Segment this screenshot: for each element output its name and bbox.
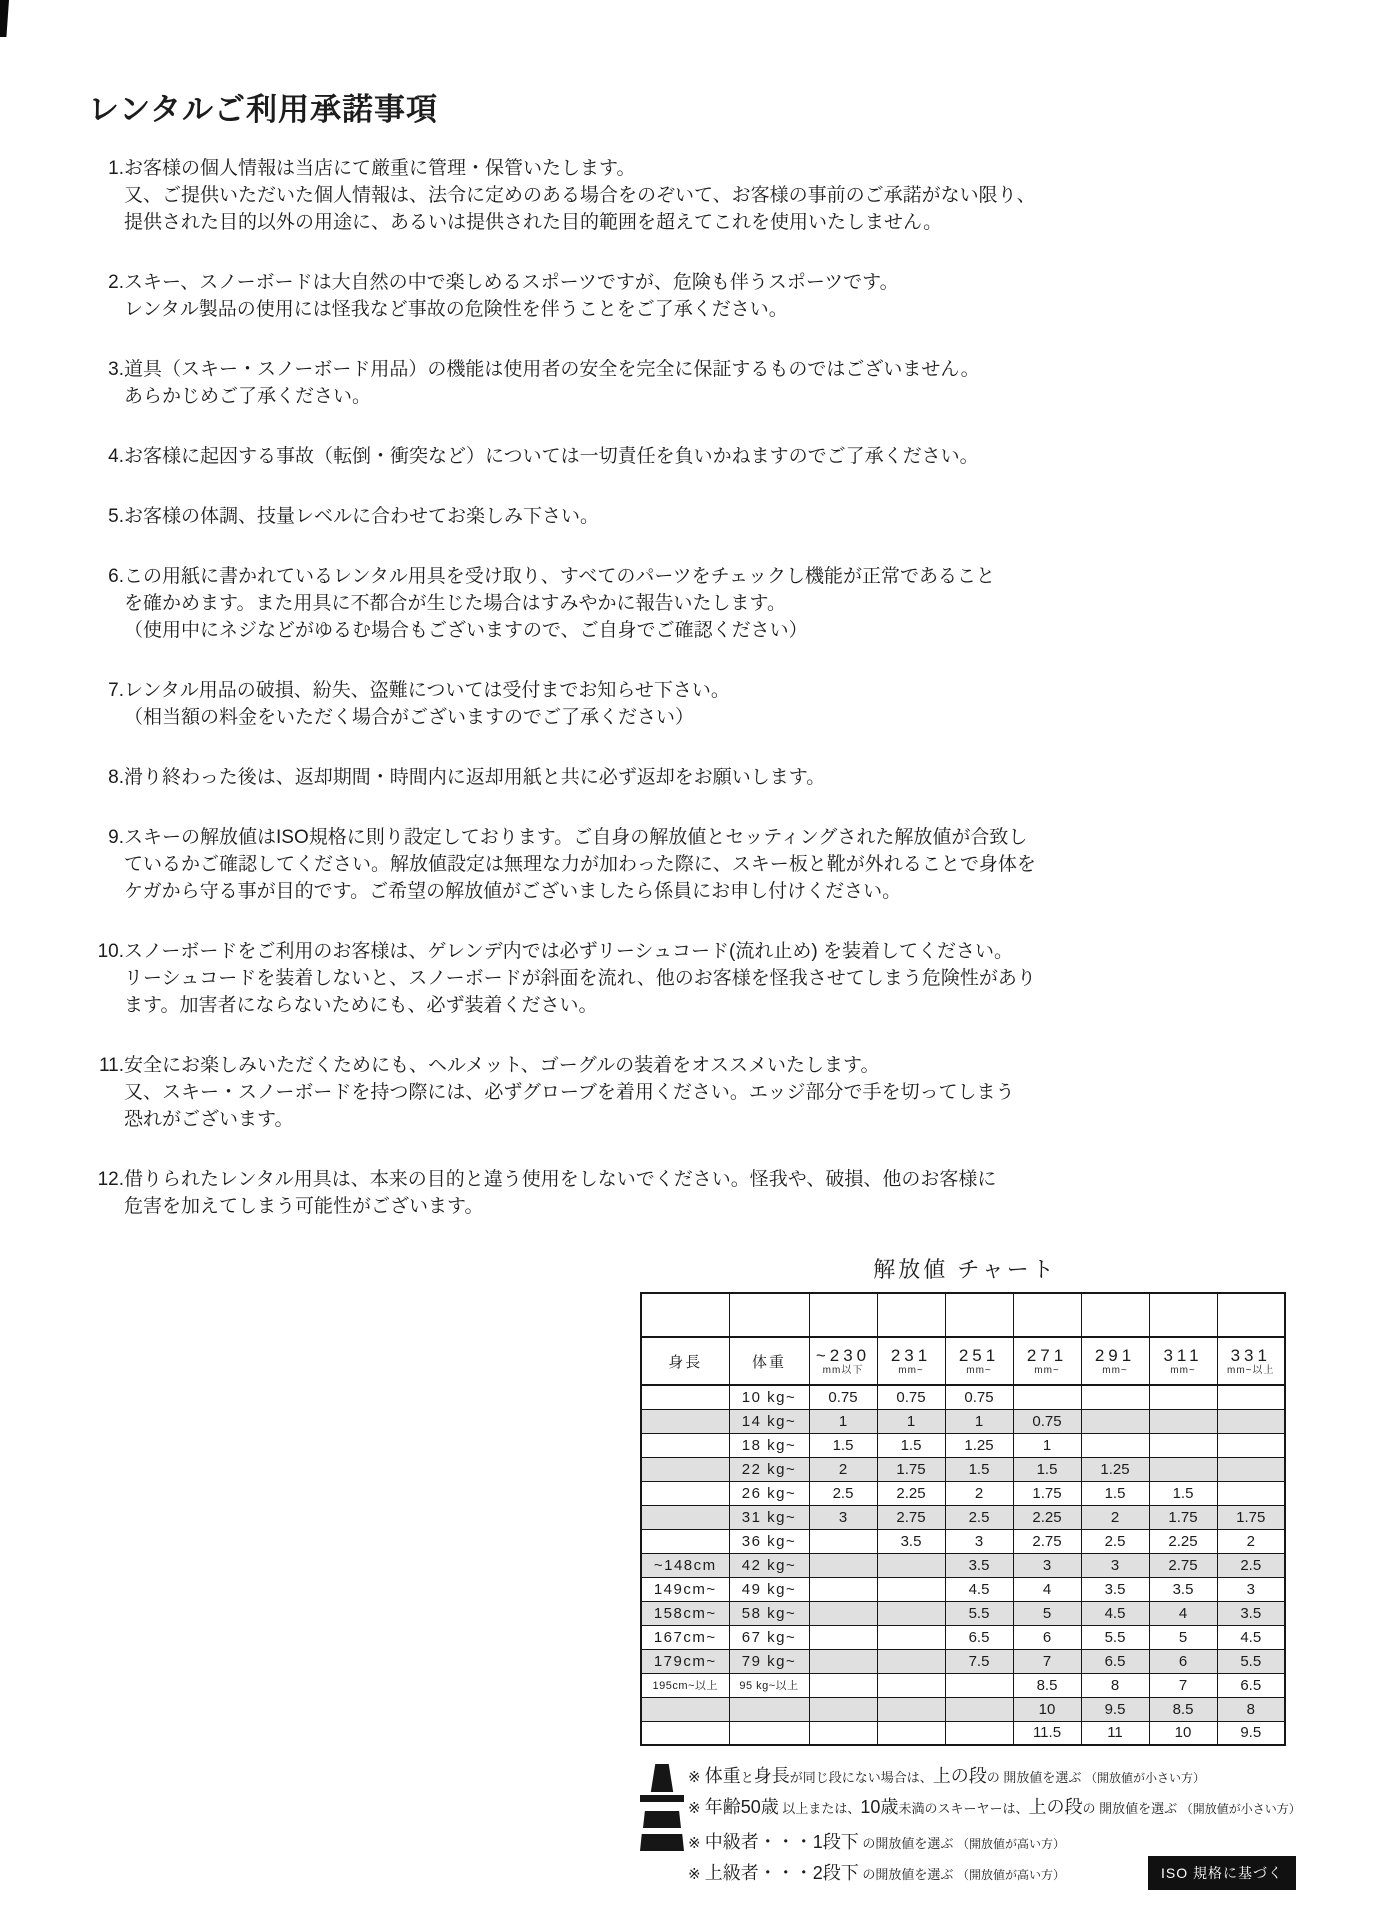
release-value-cell	[877, 1673, 945, 1697]
release-value-cell: 4.5	[1081, 1601, 1149, 1625]
terms-item: 1.お客様の個人情報は当店にて厳重に管理・保管いたします。 又、ご提供いただいた…	[88, 155, 1331, 236]
release-value-cell: 2	[809, 1457, 877, 1481]
release-value-cell	[809, 1601, 877, 1625]
release-value-cell: 11	[1081, 1721, 1149, 1745]
release-value-cell: 3.5	[1217, 1601, 1285, 1625]
height-cell	[641, 1529, 729, 1553]
weight-cell: 79 kg~	[729, 1649, 809, 1673]
release-value-cell: 3	[1217, 1577, 1285, 1601]
table-row: 36 kg~3.532.752.52.252	[641, 1529, 1285, 1553]
header-sole-length: 231mm~	[877, 1337, 945, 1385]
release-value-cell: 1.75	[1149, 1505, 1217, 1529]
height-cell: 149cm~	[641, 1577, 729, 1601]
release-value-cell	[1217, 1457, 1285, 1481]
page-title: レンタルご利用承諾事項	[88, 84, 1331, 129]
release-value-cell: 1.75	[1013, 1481, 1081, 1505]
release-value-cell: 7	[1013, 1649, 1081, 1673]
item-number: 1.	[88, 155, 124, 182]
terms-item: 12.借りられたレンタル用具は、本来の目的と違う使用をしないでください。怪我や、…	[88, 1166, 1331, 1220]
item-number: 9.	[88, 824, 124, 851]
item-text: レンタル用品の破損、紛失、盗難については受付までお知らせ下さい。 （相当額の料金…	[124, 677, 730, 731]
release-value-cell: 6.5	[1081, 1649, 1149, 1673]
release-value-cell: 8	[1081, 1673, 1149, 1697]
release-value-cell	[877, 1697, 945, 1721]
release-value-cell	[877, 1625, 945, 1649]
release-value-cell: 5.5	[945, 1601, 1013, 1625]
release-value-cell: 1	[809, 1409, 877, 1433]
release-value-cell: 3.5	[1149, 1577, 1217, 1601]
terms-item: 10.スノーボードをご利用のお客様は、ゲレンデ内では必ずリーシュコード(流れ止め…	[88, 938, 1331, 1019]
height-cell	[641, 1505, 729, 1529]
terms-item: 6.この用紙に書かれているレンタル用具を受け取り、すべてのパーツをチェックし機能…	[88, 563, 1331, 644]
item-text: この用紙に書かれているレンタル用具を受け取り、すべてのパーツをチェックし機能が正…	[124, 563, 995, 644]
release-value-cell	[877, 1601, 945, 1625]
terms-item: 3.道具（スキー・スノーボード用品）の機能は使用者の安全を完全に保証するものでは…	[88, 356, 1331, 410]
item-number: 3.	[88, 356, 124, 383]
terms-item: 5.お客様の体調、技量レベルに合わせてお楽しみ下さい。	[88, 503, 1331, 530]
height-cell	[641, 1409, 729, 1433]
table-row: 18 kg~1.51.51.251	[641, 1433, 1285, 1457]
weight-cell: 10 kg~	[729, 1385, 809, 1409]
release-value-cell	[1013, 1385, 1081, 1409]
release-value-cell: 5	[1149, 1625, 1217, 1649]
table-row: 179cm~79 kg~7.576.565.5	[641, 1649, 1285, 1673]
header-weight: 体重	[729, 1337, 809, 1385]
item-number: 8.	[88, 764, 124, 791]
release-value-cell	[1149, 1385, 1217, 1409]
release-value-cell	[1149, 1433, 1217, 1457]
release-value-cell	[809, 1529, 877, 1553]
release-value-cell: 2.75	[877, 1505, 945, 1529]
table-header-row: 身長 体重 ~230mm以下 231mm~ 251mm~ 271mm~ 291m…	[641, 1337, 1285, 1385]
release-value-cell: 3.5	[945, 1553, 1013, 1577]
weight-cell: 42 kg~	[729, 1553, 809, 1577]
header-sole-length: 291mm~	[1081, 1337, 1149, 1385]
release-value-cell	[1217, 1433, 1285, 1457]
release-value-cell: 0.75	[1013, 1409, 1081, 1433]
weight-cell: 67 kg~	[729, 1625, 809, 1649]
item-number: 4.	[88, 443, 124, 470]
release-value-cell: 2.25	[1149, 1529, 1217, 1553]
pyramid-base-shape	[640, 1834, 684, 1851]
weight-cell: 14 kg~	[729, 1409, 809, 1433]
release-value-cell: 8.5	[1149, 1697, 1217, 1721]
release-value-cell: 1.5	[1081, 1481, 1149, 1505]
item-text: 滑り終わった後は、返却期間・時間内に返却用紙と共に必ず返却をお願いします。	[124, 764, 825, 791]
table-row: 167cm~67 kg~6.565.554.5	[641, 1625, 1285, 1649]
release-value-cell	[945, 1673, 1013, 1697]
release-value-cell: 3	[945, 1529, 1013, 1553]
release-value-cell: 6.5	[1217, 1673, 1285, 1697]
release-value-cell: 6.5	[945, 1625, 1013, 1649]
item-text: 道具（スキー・スノーボード用品）の機能は使用者の安全を完全に保証するものではござ…	[124, 356, 980, 410]
release-value-cell: 0.75	[877, 1385, 945, 1409]
item-text: 安全にお楽しみいただくためにも、ヘルメット、ゴーグルの装着をオススメいたします。…	[124, 1052, 1015, 1133]
release-value-cell: 2.5	[945, 1505, 1013, 1529]
release-value-cell	[809, 1625, 877, 1649]
release-value-cell	[809, 1697, 877, 1721]
header-sole-length: 331mm~以上	[1217, 1337, 1285, 1385]
release-value-cell: 1.5	[877, 1433, 945, 1457]
item-text: 借りられたレンタル用具は、本来の目的と違う使用をしないでください。怪我や、破損、…	[124, 1166, 996, 1220]
release-value-cell: 1.5	[1149, 1481, 1217, 1505]
release-value-cell	[1081, 1433, 1149, 1457]
release-value-cell	[1217, 1481, 1285, 1505]
height-cell	[641, 1721, 729, 1745]
weight-cell: 58 kg~	[729, 1601, 809, 1625]
release-value-cell: 1.5	[1013, 1457, 1081, 1481]
release-value-cell: 2.5	[809, 1481, 877, 1505]
item-text: スキーの解放値はISO規格に則り設定しております。ご自身の解放値とセッティングさ…	[124, 824, 1036, 905]
release-value-cell: 2.75	[1149, 1553, 1217, 1577]
release-value-cell: 2	[945, 1481, 1013, 1505]
weight-cell: 49 kg~	[729, 1577, 809, 1601]
header-sole-length: 251mm~	[945, 1337, 1013, 1385]
release-value-cell	[1081, 1409, 1149, 1433]
release-value-cell	[1217, 1409, 1285, 1433]
scan-artifact-mark	[0, 0, 9, 37]
release-value-cell: 1	[877, 1409, 945, 1433]
release-value-cell: 3	[809, 1505, 877, 1529]
table-row: 26 kg~2.52.2521.751.51.5	[641, 1481, 1285, 1505]
item-number: 12.	[88, 1166, 124, 1193]
table-empty-row	[641, 1293, 1285, 1337]
chart-footnotes: ※ 体重と身長が同じ段にない場合は、上の段の 開放値を選ぶ （開放値が小さい方）…	[636, 1762, 1336, 1890]
release-value-cell: 3	[1081, 1553, 1149, 1577]
weight-cell: 31 kg~	[729, 1505, 809, 1529]
release-value-cell: 7.5	[945, 1649, 1013, 1673]
release-value-cell: 9.5	[1081, 1697, 1149, 1721]
header-sole-length: 271mm~	[1013, 1337, 1081, 1385]
height-cell: ~148cm	[641, 1553, 729, 1577]
note-line: ※ 年齢50歳 以上または、10歳未満のスキーヤーは、上の段の 開放値を選ぶ （…	[688, 1793, 1336, 1819]
release-value-cell: 1	[1013, 1433, 1081, 1457]
release-value-cell: 11.5	[1013, 1721, 1081, 1745]
note-line: ※ 体重と身長が同じ段にない場合は、上の段の 開放値を選ぶ （開放値が小さい方）	[688, 1762, 1336, 1788]
release-value-cell	[809, 1721, 877, 1745]
iso-standard-badge: ISO 規格に基づく	[1148, 1856, 1296, 1890]
weight-cell: 36 kg~	[729, 1529, 809, 1553]
header-sole-length: ~230mm以下	[809, 1337, 877, 1385]
table-row: 10 kg~0.750.750.75	[641, 1385, 1285, 1409]
release-value-chart-section: 解放値 チャート 身長 体重 ~230mm以下 231mm~ 251mm~	[640, 1253, 1290, 1746]
release-value-cell: 0.75	[945, 1385, 1013, 1409]
release-value-cell: 1.25	[945, 1433, 1013, 1457]
scanned-rental-terms-page: レンタルご利用承諾事項 1.お客様の個人情報は当店にて厳重に管理・保管いたします…	[0, 0, 1391, 1910]
height-cell	[641, 1481, 729, 1505]
release-value-cell: 2.25	[877, 1481, 945, 1505]
table-row: 158cm~58 kg~5.554.543.5	[641, 1601, 1285, 1625]
terms-item: 11.安全にお楽しみいただくためにも、ヘルメット、ゴーグルの装着をオススメいたし…	[88, 1052, 1331, 1133]
release-value-cell: 5.5	[1217, 1649, 1285, 1673]
item-text: スノーボードをご利用のお客様は、ゲレンデ内では必ずリーシュコード(流れ止め) を…	[124, 938, 1036, 1019]
item-number: 6.	[88, 563, 124, 590]
release-value-cell	[945, 1721, 1013, 1745]
release-value-cell	[1217, 1385, 1285, 1409]
item-number: 7.	[88, 677, 124, 704]
item-text: スキー、スノーボードは大自然の中で楽しめるスポーツですが、危険も伴うスポーツです…	[124, 269, 899, 323]
release-value-cell: 2.25	[1013, 1505, 1081, 1529]
release-value-cell: 8	[1217, 1697, 1285, 1721]
table-row: 109.58.58	[641, 1697, 1285, 1721]
release-value-table: 身長 体重 ~230mm以下 231mm~ 251mm~ 271mm~ 291m…	[640, 1292, 1286, 1746]
release-level-pyramid-icon	[636, 1762, 688, 1890]
release-value-cell: 10	[1149, 1721, 1217, 1745]
table-row: ~148cm42 kg~3.5332.752.5	[641, 1553, 1285, 1577]
item-text: お客様の個人情報は当店にて厳重に管理・保管いたします。 又、ご提供いただいた個人…	[124, 155, 1036, 236]
height-cell: 179cm~	[641, 1649, 729, 1673]
release-value-cell: 9.5	[1217, 1721, 1285, 1745]
height-cell	[641, 1457, 729, 1481]
weight-cell	[729, 1697, 809, 1721]
release-value-cell: 1.25	[1081, 1457, 1149, 1481]
weight-cell	[729, 1721, 809, 1745]
release-value-cell: 3.5	[1081, 1577, 1149, 1601]
item-text: お客様に起因する事故（転倒・衝突など）については一切責任を負いかねますのでご了承…	[124, 443, 979, 470]
item-text: お客様の体調、技量レベルに合わせてお楽しみ下さい。	[124, 503, 599, 530]
weight-cell: 95 kg~以上	[729, 1673, 809, 1697]
release-value-cell	[1081, 1385, 1149, 1409]
release-value-cell: 4.5	[945, 1577, 1013, 1601]
height-cell	[641, 1697, 729, 1721]
release-value-cell: 5	[1013, 1601, 1081, 1625]
terms-list: 1.お客様の個人情報は当店にて厳重に管理・保管いたします。 又、ご提供いただいた…	[88, 155, 1331, 1220]
release-value-cell: 3.5	[877, 1529, 945, 1553]
table-row: 31 kg~32.752.52.2521.751.75	[641, 1505, 1285, 1529]
release-value-cell: 1	[945, 1409, 1013, 1433]
release-value-cell: 1.5	[809, 1433, 877, 1457]
weight-cell: 18 kg~	[729, 1433, 809, 1457]
item-number: 2.	[88, 269, 124, 296]
release-value-cell: 6	[1149, 1649, 1217, 1673]
height-cell	[641, 1433, 729, 1457]
release-value-cell	[809, 1673, 877, 1697]
release-value-cell: 4	[1013, 1577, 1081, 1601]
release-value-cell: 4.5	[1217, 1625, 1285, 1649]
pyramid-bar-shape	[640, 1795, 684, 1802]
terms-item: 8.滑り終わった後は、返却期間・時間内に返却用紙と共に必ず返却をお願いします。	[88, 764, 1331, 791]
release-value-cell: 1.5	[945, 1457, 1013, 1481]
item-number: 11.	[88, 1052, 124, 1079]
release-value-cell	[877, 1577, 945, 1601]
release-value-cell: 2	[1081, 1505, 1149, 1529]
weight-cell: 22 kg~	[729, 1457, 809, 1481]
release-value-cell: 3	[1013, 1553, 1081, 1577]
header-sole-length: 311mm~	[1149, 1337, 1217, 1385]
release-value-cell: 2.75	[1013, 1529, 1081, 1553]
pyramid-mid-shape	[643, 1811, 681, 1828]
terms-item: 4.お客様に起因する事故（転倒・衝突など）については一切責任を負いかねますのでご…	[88, 443, 1331, 470]
height-cell	[641, 1385, 729, 1409]
chart-title: 解放値 チャート	[640, 1253, 1290, 1284]
table-row: 149cm~49 kg~4.543.53.53	[641, 1577, 1285, 1601]
release-value-cell	[809, 1577, 877, 1601]
terms-item: 2.スキー、スノーボードは大自然の中で楽しめるスポーツですが、危険も伴うスポーツ…	[88, 269, 1331, 323]
release-value-cell	[809, 1553, 877, 1577]
item-number: 5.	[88, 503, 124, 530]
release-value-cell: 6	[1013, 1625, 1081, 1649]
release-value-cell: 2	[1217, 1529, 1285, 1553]
item-number: 10.	[88, 938, 124, 965]
release-value-cell	[1149, 1457, 1217, 1481]
release-value-cell: 0.75	[809, 1385, 877, 1409]
table-row: 14 kg~1110.75	[641, 1409, 1285, 1433]
pyramid-top-shape	[648, 1764, 676, 1792]
release-value-cell	[877, 1553, 945, 1577]
release-value-cell: 1.75	[877, 1457, 945, 1481]
release-value-cell: 2.5	[1217, 1553, 1285, 1577]
release-value-cell: 7	[1149, 1673, 1217, 1697]
header-height: 身長	[641, 1337, 729, 1385]
release-value-cell: 1.75	[1217, 1505, 1285, 1529]
height-cell: 167cm~	[641, 1625, 729, 1649]
release-value-cell: 5.5	[1081, 1625, 1149, 1649]
weight-cell: 26 kg~	[729, 1481, 809, 1505]
release-value-cell: 10	[1013, 1697, 1081, 1721]
terms-item: 7.レンタル用品の破損、紛失、盗難については受付までお知らせ下さい。 （相当額の…	[88, 677, 1331, 731]
release-value-cell	[877, 1649, 945, 1673]
table-row: 11.511109.5	[641, 1721, 1285, 1745]
release-value-cell: 4	[1149, 1601, 1217, 1625]
terms-item: 9.スキーの解放値はISO規格に則り設定しております。ご自身の解放値とセッティン…	[88, 824, 1331, 905]
release-value-cell	[1149, 1409, 1217, 1433]
table-row: 195cm~以上95 kg~以上8.5876.5	[641, 1673, 1285, 1697]
release-value-cell: 8.5	[1013, 1673, 1081, 1697]
note-line: ※ 中級者・・・1段下 の開放値を選ぶ （開放値が高い方）	[688, 1828, 1336, 1854]
release-value-cell	[877, 1721, 945, 1745]
release-value-cell	[945, 1697, 1013, 1721]
height-cell: 195cm~以上	[641, 1673, 729, 1697]
release-value-cell	[809, 1649, 877, 1673]
release-value-cell: 2.5	[1081, 1529, 1149, 1553]
height-cell: 158cm~	[641, 1601, 729, 1625]
table-row: 22 kg~21.751.51.51.25	[641, 1457, 1285, 1481]
